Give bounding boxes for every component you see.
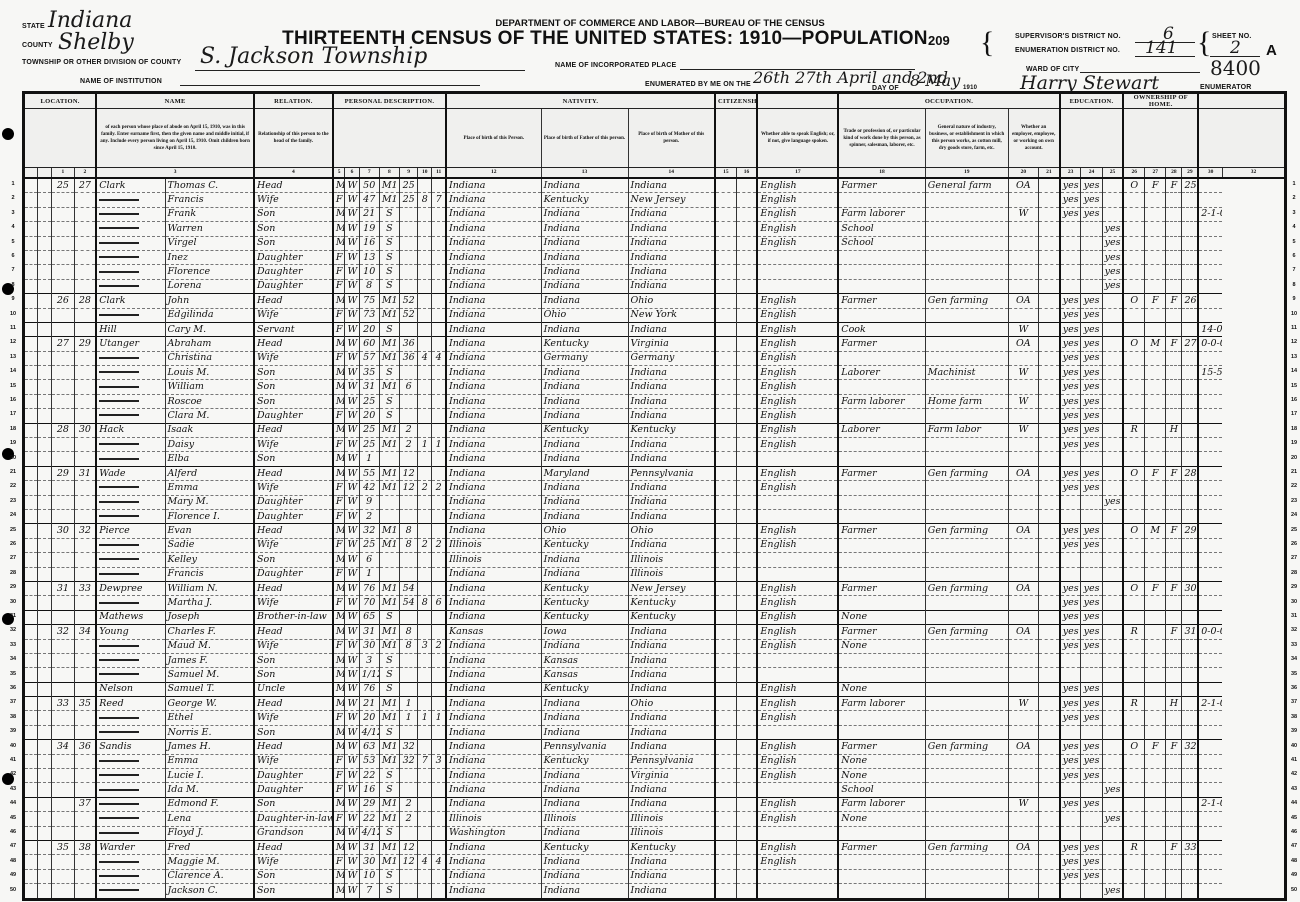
trade-cell bbox=[838, 725, 925, 739]
line-number: 2 bbox=[1288, 195, 1300, 201]
naturalized-cell bbox=[736, 294, 757, 308]
employer-status-cell: OA bbox=[1008, 294, 1038, 308]
tally-marks-cell bbox=[1198, 884, 1222, 899]
marital-status-cell: S bbox=[379, 322, 399, 336]
children-born-cell bbox=[418, 265, 432, 279]
family-number-cell bbox=[74, 553, 96, 567]
can-write-cell: yes bbox=[1081, 423, 1102, 437]
street-cell bbox=[24, 754, 38, 768]
line-number: 38 bbox=[1288, 714, 1300, 720]
years-married-cell bbox=[400, 769, 418, 783]
marital-status-cell: M1 bbox=[379, 351, 399, 365]
can-write-cell: yes bbox=[1081, 366, 1102, 380]
street-cell bbox=[24, 653, 38, 667]
employer-status-cell bbox=[1008, 596, 1038, 610]
trade-cell: Farmer bbox=[838, 740, 925, 754]
children-born-cell bbox=[418, 222, 432, 236]
children-born-cell bbox=[418, 294, 432, 308]
industry-cell bbox=[925, 610, 1008, 624]
relation-cell: Son bbox=[254, 394, 333, 408]
attended-school-cell bbox=[1102, 754, 1123, 768]
children-living-cell: 4 bbox=[432, 855, 446, 869]
tally-marks-cell bbox=[1198, 236, 1222, 250]
relation-cell: Son bbox=[254, 653, 333, 667]
attended-school-cell: yes bbox=[1102, 783, 1123, 797]
owned-rented-cell bbox=[1123, 725, 1144, 739]
relation-cell: Head bbox=[254, 337, 333, 351]
owned-rented-cell bbox=[1123, 438, 1144, 452]
family-number-cell bbox=[74, 308, 96, 322]
marital-status-cell: S bbox=[379, 725, 399, 739]
naturalized-cell bbox=[736, 337, 757, 351]
house-cell bbox=[38, 553, 52, 567]
naturalized-cell bbox=[736, 697, 757, 711]
years-married-cell: 32 bbox=[400, 740, 418, 754]
tally-marks-cell: 2-1-0-0 bbox=[1198, 207, 1222, 221]
weeks-out-cell bbox=[1038, 423, 1059, 437]
free-mortgaged-cell bbox=[1145, 509, 1166, 523]
employer-status-cell bbox=[1008, 754, 1038, 768]
trade-cell bbox=[838, 481, 925, 495]
immigration-year-cell bbox=[715, 639, 736, 653]
can-read-cell: yes bbox=[1060, 178, 1081, 193]
naturalized-cell bbox=[736, 423, 757, 437]
farm-house-cell: F bbox=[1166, 178, 1182, 193]
birthplace-mother-cell: Indiana bbox=[628, 869, 715, 883]
farm-house-cell bbox=[1166, 769, 1182, 783]
sex-cell: M bbox=[333, 222, 345, 236]
children-born-cell bbox=[418, 495, 432, 509]
attended-school-cell bbox=[1102, 452, 1123, 466]
children-living-cell bbox=[432, 337, 446, 351]
surname-cell bbox=[96, 380, 165, 394]
farm-schedule-cell bbox=[1182, 697, 1198, 711]
children-living-cell: 6 bbox=[432, 596, 446, 610]
street-cell bbox=[24, 524, 38, 538]
naturalized-cell bbox=[736, 797, 757, 811]
family-number-cell bbox=[74, 653, 96, 667]
farm-schedule-cell: 25 bbox=[1182, 178, 1198, 193]
street-cell bbox=[24, 697, 38, 711]
farm-house-cell bbox=[1166, 394, 1182, 408]
industry-cell: Farm labor bbox=[925, 423, 1008, 437]
employer-status-cell bbox=[1008, 351, 1038, 365]
industry-cell bbox=[925, 438, 1008, 452]
sex-cell: M bbox=[333, 740, 345, 754]
sex-cell: M bbox=[333, 869, 345, 883]
tally-marks-cell bbox=[1198, 495, 1222, 509]
table-row: 3133DewpreeWilliam N.HeadMW76M154Indiana… bbox=[24, 581, 1286, 595]
birthplace-mother-cell: Indiana bbox=[628, 682, 715, 696]
group-nativity: NATIVITY. bbox=[446, 93, 715, 109]
birthplace-father-cell: Kentucky bbox=[541, 538, 628, 552]
age-cell: 13 bbox=[359, 250, 379, 264]
birthplace-cell: Indiana bbox=[446, 409, 541, 423]
birthplace-mother-cell: Indiana bbox=[628, 366, 715, 380]
line-number: 7 bbox=[1288, 267, 1300, 273]
line-number: 18 bbox=[1288, 426, 1300, 432]
ditto-dash bbox=[99, 774, 139, 776]
owned-rented-cell bbox=[1123, 265, 1144, 279]
can-write-cell: yes bbox=[1081, 466, 1102, 480]
birthplace-father-cell: Kentucky bbox=[541, 337, 628, 351]
children-living-cell bbox=[432, 725, 446, 739]
can-read-cell: yes bbox=[1060, 625, 1081, 639]
children-living-cell bbox=[432, 279, 446, 293]
immigration-year-cell bbox=[715, 250, 736, 264]
trade-cell: Farmer bbox=[838, 466, 925, 480]
line-number-left: 27 bbox=[6, 555, 20, 561]
can-write-cell: yes bbox=[1081, 409, 1102, 423]
industry-cell bbox=[925, 697, 1008, 711]
free-mortgaged-cell bbox=[1145, 754, 1166, 768]
immigration-year-cell bbox=[715, 697, 736, 711]
given-name-cell: William N. bbox=[165, 581, 254, 595]
tally-marks-cell bbox=[1198, 279, 1222, 293]
attended-school-cell bbox=[1102, 394, 1123, 408]
sex-cell: F bbox=[333, 596, 345, 610]
farm-schedule-cell bbox=[1182, 279, 1198, 293]
attended-school-cell: yes bbox=[1102, 884, 1123, 899]
given-name-cell: Elba bbox=[165, 452, 254, 466]
birthplace-father-cell: Kansas bbox=[541, 653, 628, 667]
race-cell: W bbox=[345, 207, 359, 221]
birthplace-father-cell: Indiana bbox=[541, 250, 628, 264]
form-number: 209 bbox=[928, 33, 950, 48]
owned-rented-cell bbox=[1123, 682, 1144, 696]
can-read-cell: yes bbox=[1060, 308, 1081, 322]
can-write-cell: yes bbox=[1081, 740, 1102, 754]
employer-status-cell bbox=[1008, 438, 1038, 452]
citizenship-desc bbox=[715, 109, 757, 168]
stamp-number: 8400 bbox=[1210, 56, 1261, 80]
age-cell: 29 bbox=[359, 797, 379, 811]
family-number-cell bbox=[74, 452, 96, 466]
ditto-dash bbox=[99, 458, 139, 460]
language-cell: English bbox=[757, 380, 838, 394]
children-living-cell bbox=[432, 366, 446, 380]
language-cell: English bbox=[757, 193, 838, 207]
table-row: 2830HackIsaakHeadMW25M12IndianaKentuckyK… bbox=[24, 423, 1286, 437]
house-cell bbox=[38, 366, 52, 380]
dwelling-number-cell bbox=[52, 538, 74, 552]
line-number-left: 6 bbox=[6, 253, 20, 259]
sex-cell: M bbox=[333, 553, 345, 567]
house-cell bbox=[38, 279, 52, 293]
employer-status-cell bbox=[1008, 250, 1038, 264]
dwelling-number-cell bbox=[52, 567, 74, 581]
birthplace-cell: Indiana bbox=[446, 711, 541, 725]
years-married-cell bbox=[400, 394, 418, 408]
immigration-year-cell bbox=[715, 668, 736, 682]
relation-cell: Servant bbox=[254, 322, 333, 336]
farm-house-cell: F bbox=[1166, 581, 1182, 595]
dwelling-number-cell bbox=[52, 279, 74, 293]
can-write-cell: yes bbox=[1081, 610, 1102, 624]
owned-rented-cell: R bbox=[1123, 625, 1144, 639]
surname-cell bbox=[96, 596, 165, 610]
weeks-out-cell bbox=[1038, 322, 1059, 336]
race-cell: W bbox=[345, 366, 359, 380]
family-number-cell bbox=[74, 409, 96, 423]
birthplace-mother-cell: Indiana bbox=[628, 250, 715, 264]
house-cell bbox=[38, 826, 52, 840]
census-sheet: State Indiana County Shelby Township or … bbox=[0, 0, 1300, 902]
immigration-year-cell bbox=[715, 725, 736, 739]
immigration-year-cell bbox=[715, 265, 736, 279]
birthplace-mother-cell: Indiana bbox=[628, 797, 715, 811]
immigration-year-cell bbox=[715, 509, 736, 523]
children-born-cell bbox=[418, 279, 432, 293]
free-mortgaged-cell: F bbox=[1145, 294, 1166, 308]
birthplace-cell: Indiana bbox=[446, 668, 541, 682]
age-cell: 20 bbox=[359, 711, 379, 725]
birthplace-mother-cell: New York bbox=[628, 308, 715, 322]
farm-schedule-cell bbox=[1182, 438, 1198, 452]
table-row: 3436SandisJames H.HeadMW63M132IndianaPen… bbox=[24, 740, 1286, 754]
farm-house-cell bbox=[1166, 380, 1182, 394]
owned-rented-cell bbox=[1123, 538, 1144, 552]
house-cell bbox=[38, 294, 52, 308]
birthplace-cell: Indiana bbox=[446, 322, 541, 336]
free-mortgaged-cell bbox=[1145, 553, 1166, 567]
relation-cell: Son bbox=[254, 884, 333, 899]
given-name-cell: Francis bbox=[165, 567, 254, 581]
trade-cell: None bbox=[838, 610, 925, 624]
race-cell: W bbox=[345, 294, 359, 308]
children-living-cell bbox=[432, 740, 446, 754]
col-num: 24 bbox=[1081, 168, 1102, 179]
tally-marks-cell bbox=[1198, 222, 1222, 236]
house-cell bbox=[38, 322, 52, 336]
children-living-cell bbox=[432, 625, 446, 639]
line-number: 21 bbox=[1288, 469, 1300, 475]
sex-cell: M bbox=[333, 697, 345, 711]
race-cell: W bbox=[345, 682, 359, 696]
free-mortgaged-cell bbox=[1145, 322, 1166, 336]
race-cell: W bbox=[345, 178, 359, 193]
sex-cell: M bbox=[333, 452, 345, 466]
institution-label: Name of institution bbox=[80, 78, 162, 85]
line-number: 32 bbox=[1288, 627, 1300, 633]
owned-rented-cell bbox=[1123, 812, 1144, 826]
farm-schedule-cell: 27 bbox=[1182, 337, 1198, 351]
sex-cell: F bbox=[333, 711, 345, 725]
house-cell bbox=[38, 438, 52, 452]
industry-cell bbox=[925, 783, 1008, 797]
language-cell bbox=[757, 783, 838, 797]
street-cell bbox=[24, 869, 38, 883]
age-cell: 4/12 bbox=[359, 826, 379, 840]
farm-house-cell bbox=[1166, 279, 1182, 293]
birthplace-father-cell: Indiana bbox=[541, 553, 628, 567]
children-born-cell bbox=[418, 236, 432, 250]
farm-house-cell bbox=[1166, 653, 1182, 667]
birthplace-mother-cell: Indiana bbox=[628, 625, 715, 639]
house-cell bbox=[38, 481, 52, 495]
line-number: 30 bbox=[1288, 599, 1300, 605]
owned-rented-cell: O bbox=[1123, 524, 1144, 538]
age-cell: 6 bbox=[359, 553, 379, 567]
house-cell bbox=[38, 610, 52, 624]
industry-cell bbox=[925, 279, 1008, 293]
farm-house-cell bbox=[1166, 682, 1182, 696]
naturalized-cell bbox=[736, 553, 757, 567]
line-number: 37 bbox=[1288, 699, 1300, 705]
table-row: FrancisDaughterFW1IndianaIndianaIllinois bbox=[24, 567, 1286, 581]
language-cell bbox=[757, 452, 838, 466]
line-number: 6 bbox=[1288, 253, 1300, 259]
industry-cell bbox=[925, 567, 1008, 581]
years-married-cell bbox=[400, 409, 418, 423]
ditto-dash bbox=[99, 213, 139, 215]
ditto-dash bbox=[99, 486, 139, 488]
birthplace-mother-cell: Illinois bbox=[628, 812, 715, 826]
can-read-cell: yes bbox=[1060, 207, 1081, 221]
birthplace-father-cell: Indiana bbox=[541, 481, 628, 495]
farm-house-cell bbox=[1166, 610, 1182, 624]
col-num: 21 bbox=[1038, 168, 1059, 179]
relation-cell: Head bbox=[254, 294, 333, 308]
children-living-cell bbox=[432, 495, 446, 509]
years-married-cell bbox=[400, 783, 418, 797]
street-cell bbox=[24, 265, 38, 279]
col-num: 13 bbox=[541, 168, 628, 179]
tally-marks-cell bbox=[1198, 840, 1222, 854]
dwelling-number-cell bbox=[52, 322, 74, 336]
line-number-left: 43 bbox=[6, 786, 20, 792]
language-cell: English bbox=[757, 812, 838, 826]
children-born-cell bbox=[418, 884, 432, 899]
weeks-out-cell bbox=[1038, 250, 1059, 264]
children-living-cell bbox=[432, 682, 446, 696]
farm-schedule-cell bbox=[1182, 553, 1198, 567]
language-cell: English bbox=[757, 308, 838, 322]
col-num: 32 bbox=[1222, 168, 1285, 179]
children-living-cell bbox=[432, 380, 446, 394]
given-name-cell: Edmond F. bbox=[165, 797, 254, 811]
line-number-left: 35 bbox=[6, 671, 20, 677]
race-cell: W bbox=[345, 668, 359, 682]
street-cell bbox=[24, 279, 38, 293]
immigration-year-cell bbox=[715, 682, 736, 696]
col-num: 16 bbox=[736, 168, 757, 179]
birthplace-father-cell: Indiana bbox=[541, 279, 628, 293]
race-cell: W bbox=[345, 596, 359, 610]
birthplace-cell: Illinois bbox=[446, 812, 541, 826]
birthplace-father-cell: Kentucky bbox=[541, 610, 628, 624]
race-cell: W bbox=[345, 639, 359, 653]
age-cell: 47 bbox=[359, 193, 379, 207]
group-ownership: OWNERSHIP OF HOME. bbox=[1123, 93, 1198, 109]
owned-rented-cell bbox=[1123, 783, 1144, 797]
children-living-cell bbox=[432, 236, 446, 250]
relation-cell: Son bbox=[254, 380, 333, 394]
can-write-cell bbox=[1081, 553, 1102, 567]
family-number-cell bbox=[74, 351, 96, 365]
farm-schedule-cell bbox=[1182, 380, 1198, 394]
farm-schedule-cell bbox=[1182, 222, 1198, 236]
relation-desc: Relationship of this person to the head … bbox=[254, 109, 333, 168]
tally-marks-cell bbox=[1198, 308, 1222, 322]
naturalized-cell bbox=[736, 783, 757, 797]
sheet-brace: { bbox=[1197, 28, 1211, 58]
ditto-dash bbox=[99, 558, 139, 560]
surname-cell: Dewpree bbox=[96, 581, 165, 595]
industry-cell: Gen farming bbox=[925, 466, 1008, 480]
naturalized-cell bbox=[736, 351, 757, 365]
given-name-cell: Francis bbox=[165, 193, 254, 207]
ditto-dash bbox=[99, 199, 139, 201]
ditto-dash bbox=[99, 673, 139, 675]
language-desc: Whether able to speak English; or, if no… bbox=[757, 109, 838, 168]
free-mortgaged-cell bbox=[1145, 308, 1166, 322]
birthplace-cell: Indiana bbox=[446, 380, 541, 394]
surname-cell bbox=[96, 394, 165, 408]
years-married-cell bbox=[400, 509, 418, 523]
naturalized-cell bbox=[736, 668, 757, 682]
age-cell: 30 bbox=[359, 639, 379, 653]
farm-schedule-cell bbox=[1182, 639, 1198, 653]
birthplace-mother-cell: Indiana bbox=[628, 509, 715, 523]
marital-status-cell: M1 bbox=[379, 337, 399, 351]
farm-house-cell bbox=[1166, 754, 1182, 768]
farm-house-cell bbox=[1166, 265, 1182, 279]
age-cell: 30 bbox=[359, 855, 379, 869]
immigration-year-cell bbox=[715, 524, 736, 538]
children-living-cell bbox=[432, 812, 446, 826]
birthplace-cell: Indiana bbox=[446, 524, 541, 538]
immigration-year-cell bbox=[715, 481, 736, 495]
line-number-left: 4 bbox=[6, 224, 20, 230]
family-number-cell bbox=[74, 639, 96, 653]
owned-rented-cell: O bbox=[1123, 581, 1144, 595]
age-cell: 16 bbox=[359, 236, 379, 250]
can-write-cell: yes bbox=[1081, 322, 1102, 336]
birthplace-mother-cell: Indiana bbox=[628, 322, 715, 336]
farm-house-cell bbox=[1166, 366, 1182, 380]
children-born-cell bbox=[418, 581, 432, 595]
given-name-cell: Samuel T. bbox=[165, 682, 254, 696]
age-cell: 25 bbox=[359, 394, 379, 408]
trade-cell bbox=[838, 351, 925, 365]
farm-schedule-cell bbox=[1182, 869, 1198, 883]
sex-cell: M bbox=[333, 826, 345, 840]
relation-cell: Wife bbox=[254, 855, 333, 869]
race-cell: W bbox=[345, 812, 359, 826]
birthplace-mother-cell: Indiana bbox=[628, 639, 715, 653]
street-cell bbox=[24, 322, 38, 336]
years-married-cell: 12 bbox=[400, 466, 418, 480]
table-row: WilliamSonMW31M16IndianaIndianaIndianaEn… bbox=[24, 380, 1286, 394]
relation-cell: Head bbox=[254, 697, 333, 711]
industry-cell bbox=[925, 754, 1008, 768]
col-num: 2 bbox=[74, 168, 96, 179]
given-name-cell: Evan bbox=[165, 524, 254, 538]
free-mortgaged-cell bbox=[1145, 380, 1166, 394]
industry-cell bbox=[925, 639, 1008, 653]
ditto-dash bbox=[99, 544, 139, 546]
table-row: Louis M.SonMW35SIndianaIndianaIndianaEng… bbox=[24, 366, 1286, 380]
weeks-out-cell bbox=[1038, 438, 1059, 452]
table-row: RoscoeSonMW25SIndianaIndianaIndianaEngli… bbox=[24, 394, 1286, 408]
given-name-cell: Mary M. bbox=[165, 495, 254, 509]
years-married-cell bbox=[400, 452, 418, 466]
children-living-cell: 4 bbox=[432, 351, 446, 365]
immigration-year-cell bbox=[715, 236, 736, 250]
industry-cell bbox=[925, 495, 1008, 509]
children-living-cell: 3 bbox=[432, 754, 446, 768]
